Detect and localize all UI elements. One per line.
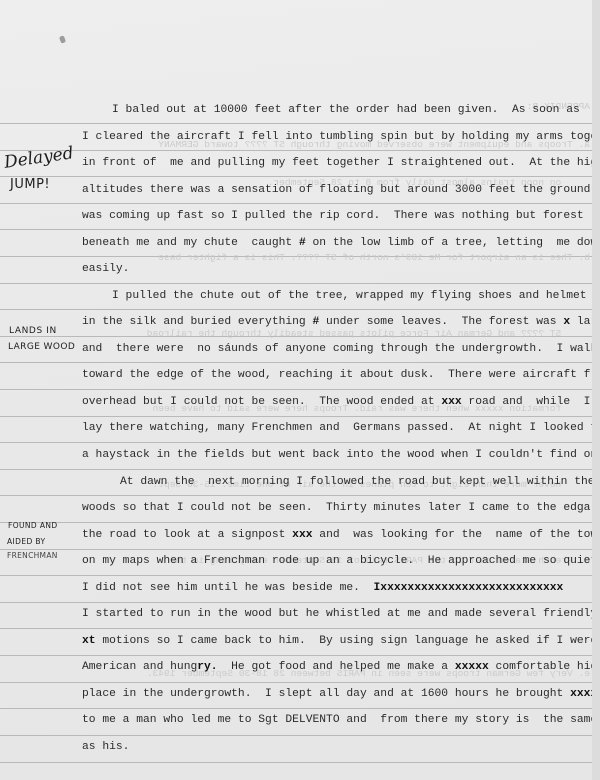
rule-line <box>0 495 592 496</box>
rule-line <box>0 362 592 363</box>
strikeover: xxx <box>292 529 312 541</box>
text-line: in the silk and buried everything # unde… <box>82 316 592 328</box>
text-line: altitudes there was a sensation of float… <box>82 184 590 196</box>
text-line: woods so that I could not be seen. Thirt… <box>82 502 592 514</box>
rule-line <box>0 575 592 576</box>
text-line: easily. <box>82 263 129 275</box>
text-segment: motions so I came back to him. By using … <box>96 635 592 647</box>
rule-line <box>0 283 592 284</box>
text-line: American and hungry. He got food and hel… <box>82 661 592 673</box>
bleed-line <box>230 592 590 605</box>
strikeover: xt <box>82 635 96 647</box>
text-line: as his. <box>82 741 129 753</box>
rule-line <box>0 708 592 709</box>
ink-blot <box>59 35 66 43</box>
text-segment: on the low limb of a tree, letting me do… <box>306 237 592 249</box>
margin-note-jump: JUMP! <box>10 178 50 191</box>
text-segment: He got food and helped me make a <box>218 661 455 673</box>
rule-line <box>0 682 592 683</box>
strikeover: xxxxx <box>455 661 489 673</box>
bleed-line: ST ???? and German Air Force pilots pass… <box>230 328 590 341</box>
rule-line <box>0 628 592 629</box>
text-line: I cleared the aircraft I fell into tumbl… <box>82 131 592 143</box>
text-line: was coming up fast so I pulled the rip c… <box>82 210 584 222</box>
rule-line <box>0 229 592 230</box>
text-segment: and was looking for the name of the town <box>313 529 592 541</box>
text-segment: comfortable hiding <box>489 661 592 673</box>
page-edge <box>592 0 600 780</box>
rule-line <box>0 203 592 204</box>
text-segment: American and hung <box>82 661 197 673</box>
text-line: overhead but I could not be seen. The wo… <box>82 396 590 408</box>
text-segment: in the silk and buried everything <box>82 316 306 328</box>
rule-line <box>0 309 592 310</box>
text-segment: large <box>570 316 592 328</box>
rule-line <box>0 442 592 443</box>
margin-note-frenchman: FRENCHMAN <box>7 552 58 560</box>
rule-line <box>0 256 592 257</box>
margin-note-lands-in: LANDS IN <box>9 327 57 336</box>
text-line: lay there watching, many Frenchmen and G… <box>82 422 592 434</box>
text-line: and there were no sáunds of anyone comin… <box>82 343 592 355</box>
rule-line <box>0 416 592 417</box>
document-page: APPENDIX B: a. Troops and equipment were… <box>0 0 592 780</box>
margin-note-aided-by: AIDED BY <box>7 538 46 546</box>
rule-line <box>0 522 592 523</box>
text-segment: overhead but I could not be seen. The wo… <box>82 396 435 408</box>
text-segment: road and while I <box>462 396 591 408</box>
text-line: I baled out at 10000 feet after the orde… <box>112 104 580 116</box>
text-segment: beneath me and my chute caught <box>82 237 292 249</box>
strikeover: xxx <box>441 396 461 408</box>
rule-line <box>0 762 592 763</box>
text-line: the road to look at a signpost xxx and w… <box>82 529 592 541</box>
text-line: a haystack in the fields but went back i… <box>82 449 592 461</box>
text-line: on my maps when a Frenchman rode up an a… <box>82 555 592 567</box>
text-line: At dawn the next morning I followed the … <box>120 476 592 488</box>
strikeover: ry. <box>197 661 217 673</box>
rule-line <box>0 336 592 337</box>
text-segment: the road to look at a signpost <box>82 529 285 541</box>
rule-line <box>0 150 592 151</box>
text-line: I started to run in the wood but he whis… <box>82 608 592 620</box>
rule-line <box>0 469 592 470</box>
rule-line <box>0 655 592 656</box>
margin-note-large-wood: LARGE WOOD <box>8 343 75 352</box>
rule-line <box>0 389 592 390</box>
rule-line <box>0 549 592 550</box>
text-segment: place in the undergrowth. I slept all da… <box>82 688 570 700</box>
text-line: to me a man who led me to Sgt DELVENTO a… <box>82 714 592 726</box>
text-line: place in the undergrowth. I slept all da… <box>82 688 592 700</box>
strikeover: xxxxx <box>570 688 592 700</box>
rule-line <box>0 735 592 736</box>
text-segment: I did not see him until he was beside me… <box>82 582 374 594</box>
strikeover: # <box>299 237 306 249</box>
text-segment: under some leaves. The forest was <box>319 316 563 328</box>
text-line: in front of me and pulling my feet toget… <box>82 157 592 169</box>
rule-line <box>0 123 592 124</box>
text-line: toward the edge of the wood, reaching it… <box>82 369 592 381</box>
text-line: beneath me and my chute caught # on the … <box>82 237 592 249</box>
bleed-line <box>230 517 590 530</box>
text-line: I pulled the chute out of the tree, wrap… <box>112 290 587 302</box>
rule-line <box>0 176 592 177</box>
rule-line <box>0 602 592 603</box>
text-line: I did not see him until he was beside me… <box>82 582 563 594</box>
strikeover: Ixxxxxxxxxxxxxxxxxxxxxxxxxxx <box>374 582 564 594</box>
bleed-line: b. Thee is an airport for Me 109's north… <box>230 252 590 265</box>
margin-note-found-and: FOUND AND <box>8 522 58 530</box>
text-line: xt motions so I came back to him. By usi… <box>82 635 592 647</box>
